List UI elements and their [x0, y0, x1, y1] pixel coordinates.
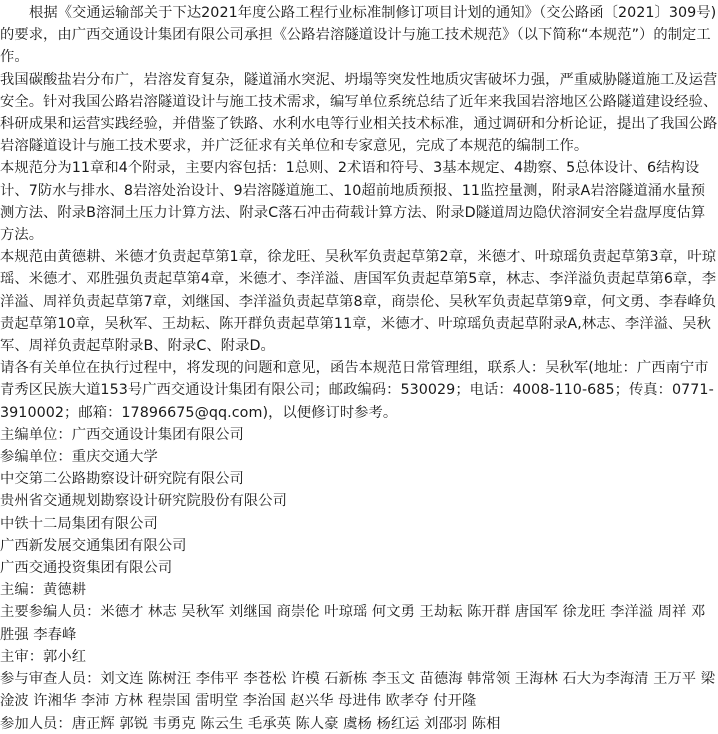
- participating-unit: 广西交通投资集团有限公司: [0, 557, 718, 579]
- contents-paragraph: 本规范分为11章和4个附录，主要内容包括：1总则、2术语和符号、3基本规定、4勘…: [0, 157, 718, 246]
- participating-unit: 广西新发展交通集团有限公司: [0, 535, 718, 557]
- participating-unit: 中交第二公路勘察设计研究院有限公司: [0, 468, 718, 490]
- reviewers: 参与审查人员：刘文连 陈树汪 李伟平 李苍松 许模 石新栋 李玉文 苗德海 韩常…: [0, 668, 718, 712]
- main-participants: 主要参编人员：米德才 林志 吴秋军 刘继国 商崇伦 叶琼瑶 何文勇 王劫耘 陈开…: [0, 601, 718, 645]
- background-paragraph: 我国碳酸盐岩分布广，岩溶发育复杂，隧道涌水突泥、坍塌等突发性地质灾害破坏力强，严…: [0, 69, 718, 158]
- document-body: 根据《交通运输部关于下达2021年度公路工程行业标准制修订项目计划的通知》（交公…: [0, 0, 718, 734]
- chief-reviewer: 主审：郭小红: [0, 646, 718, 668]
- participants: 参加人员：唐正辉 郭锐 韦勇克 陈云生 毛承英 陈人豪 虞杨 杨红运 刘邵羽 陈…: [0, 713, 718, 734]
- intro-paragraph: 根据《交通运输部关于下达2021年度公路工程行业标准制修订项目计划的通知》（交公…: [0, 2, 718, 69]
- feedback-paragraph: 请各有关单位在执行过程中，将发现的问题和意见，函告本规范日常管理组，联系人：吴秋…: [0, 357, 718, 424]
- chief-editor: 主编：黄德耕: [0, 579, 718, 601]
- participating-unit: 参编单位：重庆交通大学: [0, 446, 718, 468]
- participating-unit: 中铁十二局集团有限公司: [0, 513, 718, 535]
- participating-unit: 贵州省交通规划勘察设计研究院股份有限公司: [0, 490, 718, 512]
- drafting-paragraph: 本规范由黄德耕、米德才负责起草第1章，徐龙旺、吴秋军负责起草第2章，米德才、叶琼…: [0, 246, 718, 357]
- chief-unit: 主编单位：广西交通设计集团有限公司: [0, 424, 718, 446]
